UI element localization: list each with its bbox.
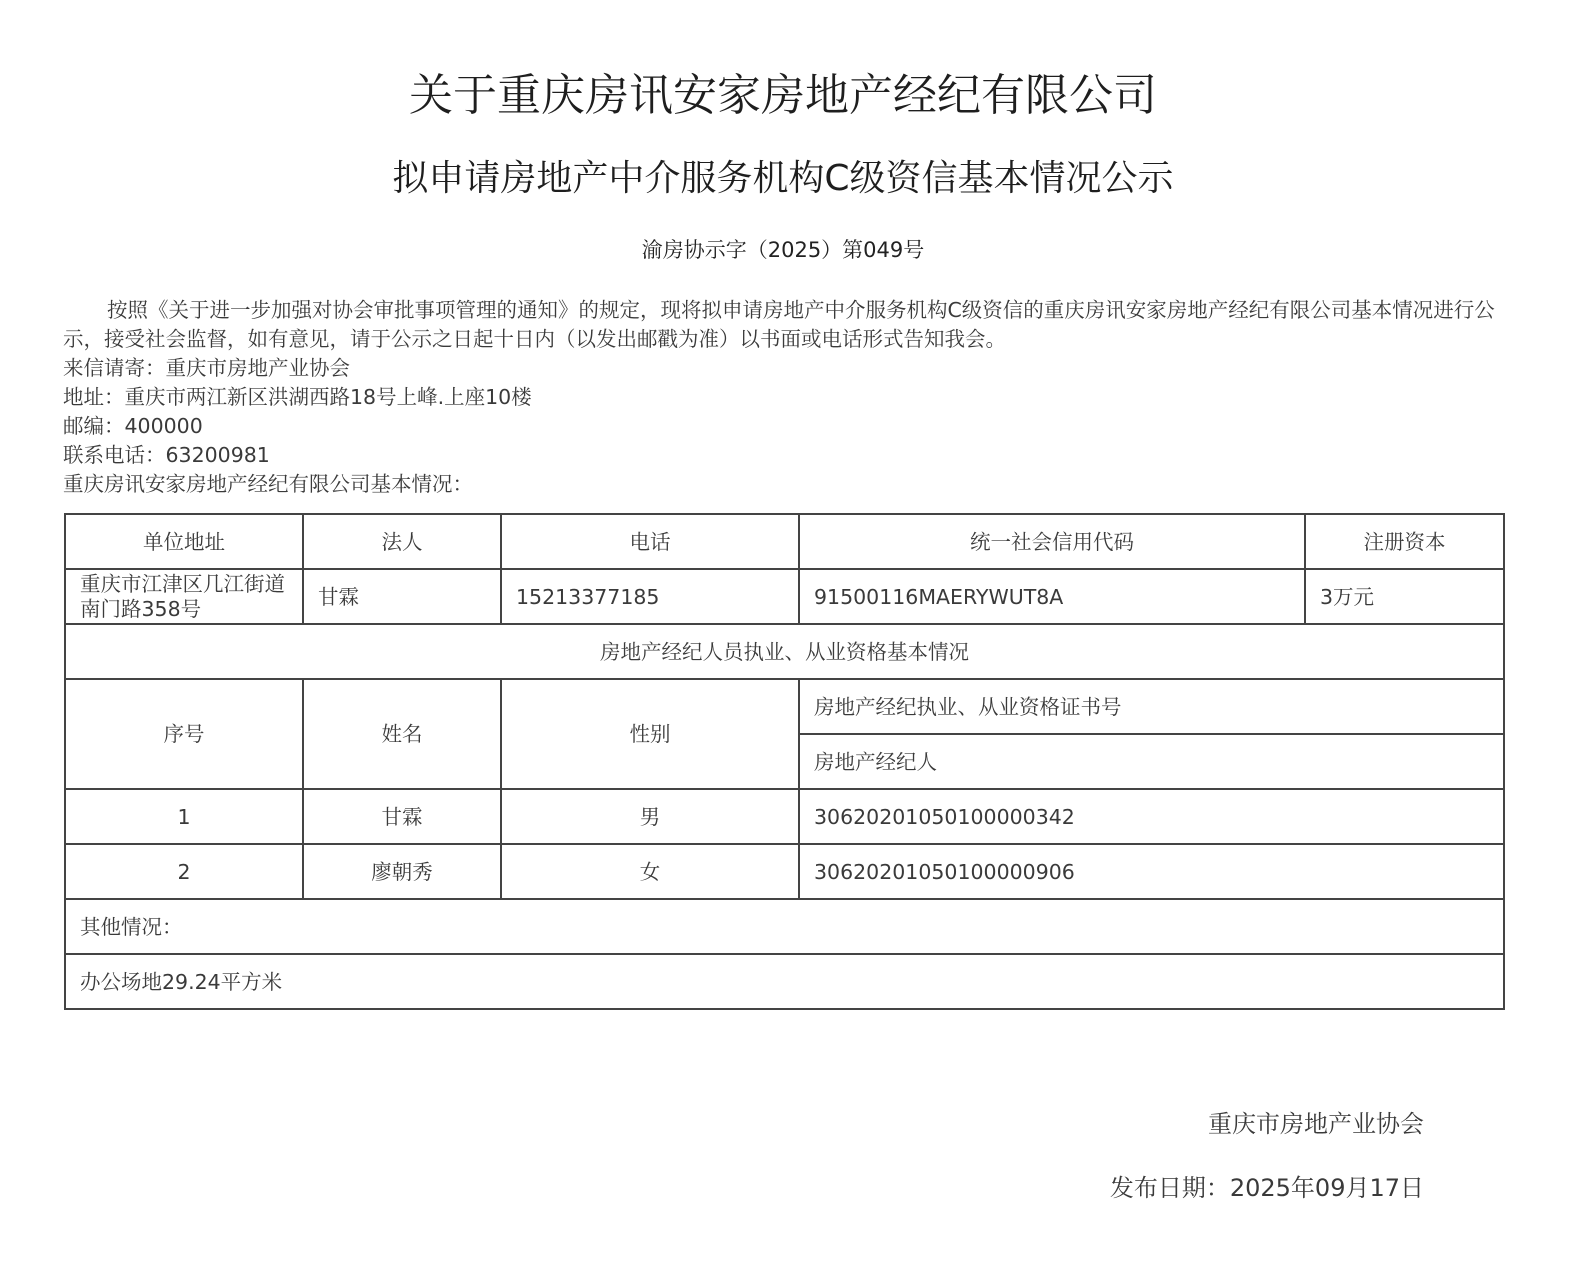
company-intro-line: 重庆房讯安家房地产经纪有限公司基本情况：	[63, 470, 1508, 499]
header-address: 单位地址	[65, 514, 303, 569]
staff-row: 1 甘霖 男 30620201050100000342	[65, 789, 1504, 844]
staff-header-row: 序号 姓名 性别 房地产经纪执业、从业资格证书号	[65, 679, 1504, 734]
document-title: 关于重庆房讯安家房地产经纪有限公司	[0, 68, 1566, 124]
other-label: 其他情况：	[65, 899, 1504, 954]
header-registered-capital: 注册资本	[1305, 514, 1504, 569]
staff-section-title: 房地产经纪人员执业、从业资格基本情况	[65, 624, 1504, 679]
header-legal-person: 法人	[303, 514, 501, 569]
company-address: 重庆市江津区几江街道南门路358号	[65, 569, 303, 624]
phone-line: 联系电话：63200981	[63, 441, 1508, 470]
address-line: 地址：重庆市两江新区洪湖西路18号上峰.上座10楼	[63, 383, 1508, 412]
mail-to-line: 来信请寄：重庆市房地产业协会	[63, 354, 1508, 383]
company-legal-person: 甘霖	[303, 569, 501, 624]
postcode-line: 邮编：400000	[63, 412, 1508, 441]
company-phone: 15213377185	[501, 569, 799, 624]
staff-gender: 男	[501, 789, 799, 844]
company-info-table: 单位地址 法人 电话 统一社会信用代码 注册资本 重庆市江津区几江街道南门路35…	[64, 513, 1505, 1010]
staff-section-title-row: 房地产经纪人员执业、从业资格基本情况	[65, 624, 1504, 679]
company-registered-capital: 3万元	[1305, 569, 1504, 624]
header-name: 姓名	[303, 679, 501, 789]
notice-paragraph: 按照《关于进一步加强对协会审批事项管理的通知》的规定，现将拟申请房地产中介服务机…	[63, 296, 1508, 354]
staff-index: 1	[65, 789, 303, 844]
notice-body: 按照《关于进一步加强对协会审批事项管理的通知》的规定，现将拟申请房地产中介服务机…	[63, 296, 1508, 499]
other-value: 办公场地29.24平方米	[65, 954, 1504, 1009]
header-credit-code: 统一社会信用代码	[799, 514, 1305, 569]
publish-date: 发布日期：2025年09月17日	[1050, 1170, 1424, 1206]
staff-gender: 女	[501, 844, 799, 899]
document-subtitle: 拟申请房地产中介服务机构C级资信基本情况公示	[0, 153, 1566, 205]
staff-cert: 30620201050100000342	[799, 789, 1504, 844]
other-value-row: 办公场地29.24平方米	[65, 954, 1504, 1009]
header-phone: 电话	[501, 514, 799, 569]
company-data-row: 重庆市江津区几江街道南门路358号 甘霖 15213377185 9150011…	[65, 569, 1504, 624]
company-credit-code: 91500116MAERYWUT8A	[799, 569, 1305, 624]
header-cert-type: 房地产经纪人	[799, 734, 1504, 789]
header-index: 序号	[65, 679, 303, 789]
document-number: 渝房协示字（2025）第049号	[0, 234, 1566, 266]
other-label-row: 其他情况：	[65, 899, 1504, 954]
company-header-row: 单位地址 法人 电话 统一社会信用代码 注册资本	[65, 514, 1504, 569]
staff-name: 甘霖	[303, 789, 501, 844]
header-gender: 性别	[501, 679, 799, 789]
staff-cert: 30620201050100000906	[799, 844, 1504, 899]
staff-name: 廖朝秀	[303, 844, 501, 899]
staff-index: 2	[65, 844, 303, 899]
staff-row: 2 廖朝秀 女 30620201050100000906	[65, 844, 1504, 899]
issuing-organization: 重庆市房地产业协会	[1150, 1106, 1424, 1142]
header-cert: 房地产经纪执业、从业资格证书号	[799, 679, 1504, 734]
